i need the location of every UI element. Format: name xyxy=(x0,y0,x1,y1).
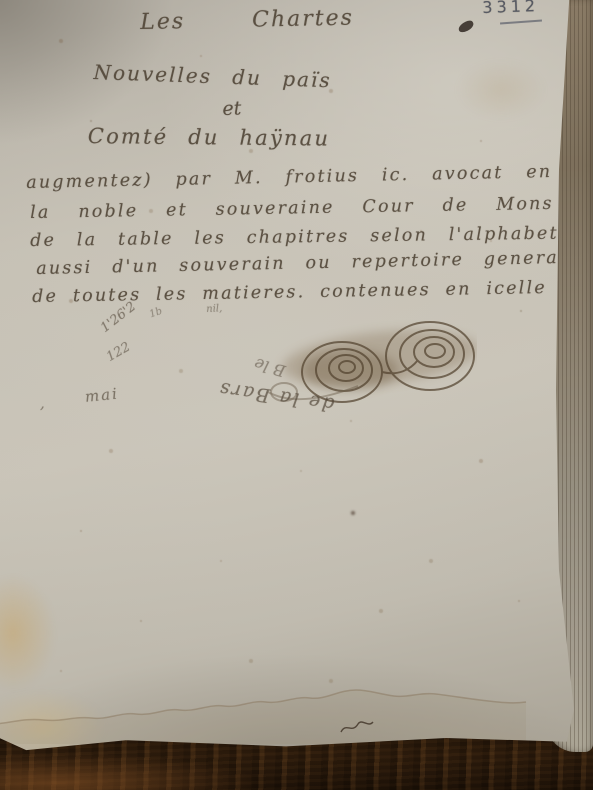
handwriting-line-3: de la table les chapitres selon l'alphab… xyxy=(30,224,559,251)
stain-left-edge xyxy=(0,575,56,691)
title-line-3: et xyxy=(222,97,242,120)
stain-top-right xyxy=(456,60,546,120)
archival-number-underline xyxy=(500,20,542,25)
water-stain-line xyxy=(0,678,544,744)
title-line-4: Comté du haÿnau xyxy=(88,124,331,151)
margin-comma: , xyxy=(40,394,45,412)
archival-number: 3312 xyxy=(482,0,539,17)
handwriting-line-2: la noble et souveraine Cour de Mons xyxy=(30,194,554,223)
handwriting-line-5: de toutes les matieres. contenues en ice… xyxy=(32,278,547,307)
diagonal-scribble-bottom: 122 xyxy=(104,340,133,365)
title-line-1: Les Chartes xyxy=(140,6,354,35)
tiny-mark-left: 1b xyxy=(148,306,164,321)
manuscript-page: Les Chartes Nouvelles du païs et Comté d… xyxy=(0,0,586,754)
ink-blot xyxy=(457,19,475,34)
handwriting-line-1: augmentez) par M. frotius ic. avocat en xyxy=(26,162,553,193)
title-line-2: Nouvelles du païs xyxy=(93,60,332,92)
margin-word: mai xyxy=(84,384,120,405)
ink-squiggle-bottom xyxy=(338,716,378,738)
handwriting-line-4: aussi d'un souverain ou repertoire gener… xyxy=(36,248,580,279)
tiny-marks: nil, xyxy=(206,303,223,315)
manuscript-photo: Les Chartes Nouvelles du païs et Comté d… xyxy=(0,0,593,790)
